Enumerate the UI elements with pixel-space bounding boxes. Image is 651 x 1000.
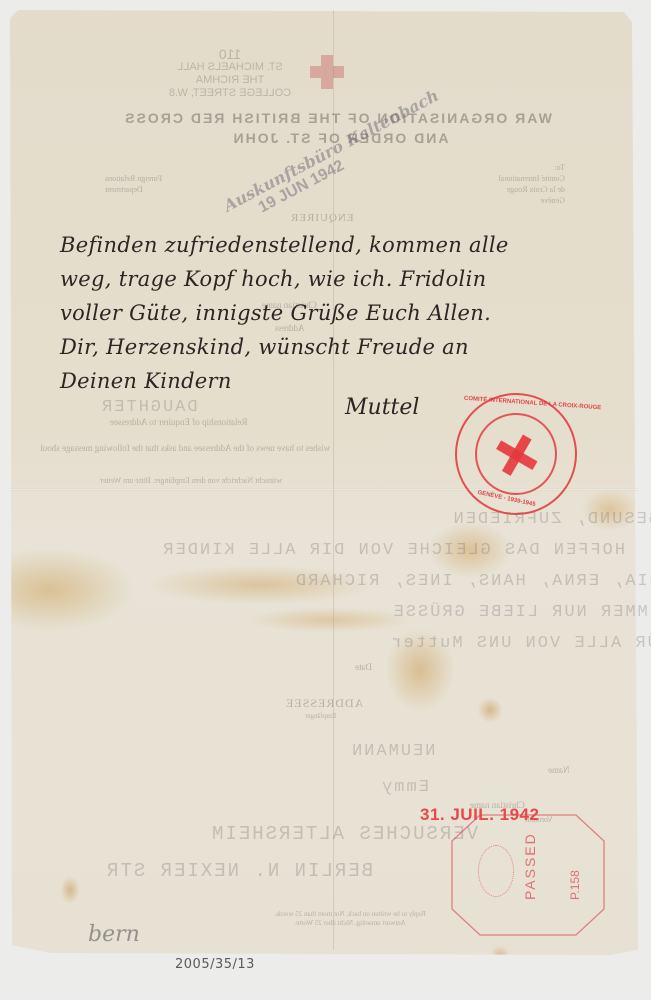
handwritten-line: voller Güte, innigste Grüße Euch Allen.	[60, 296, 620, 330]
bleed-address-line: 110	[150, 48, 310, 61]
bleed-instructions-en: wishes to have news of the Addressee and…	[40, 443, 330, 453]
bleed-typed-line: IMMER NUR LIEBE GRÜSSE	[160, 603, 651, 622]
red-cross-logo-bleed	[310, 55, 344, 89]
handwritten-line: Deinen Kindern	[60, 364, 620, 398]
bleed-address-line: COLLEGE STREET, W.8	[150, 87, 310, 100]
handwritten-line: weg, trage Kopf hoch, wie ich. Fridolin	[60, 262, 620, 296]
bleed-address-line: THE RICHMA	[150, 74, 310, 87]
bleed-typed-line: ALLE GESUND, ZUFRIEDEN	[220, 510, 651, 529]
censor-number: P.158	[568, 870, 582, 900]
bleed-addressee-christian-name: Emmy	[380, 778, 429, 797]
bleed-header-title-line1: WAR ORGANISATION OF THE BRITISH RED CROS…	[100, 110, 575, 126]
pencil-annotation: bern	[88, 922, 140, 947]
bleed-relationship-line: Relationship of Enquirer to Addressee	[110, 417, 340, 427]
bleed-foreign-relations-line: Foreign Relations	[105, 173, 205, 184]
bleed-addressee-sub: Empfänger	[305, 712, 336, 720]
bleed-foreign-relations-line: Department	[105, 184, 205, 195]
bleed-field-name: Name	[548, 765, 570, 775]
bleed-foreign-relations: Foreign Relations Department	[105, 173, 205, 195]
bleed-instructions-de: wünscht Nachricht von dem Empfänger. Bit…	[100, 476, 340, 485]
censor-stamp-emblem	[478, 845, 514, 897]
bleed-to-line: de la Croix Rouge	[465, 184, 565, 195]
bleed-address-line-1: VERSUCHES ALTERSHEIM	[210, 823, 478, 845]
signature: Muttel	[345, 395, 419, 420]
bleed-to-line: Genève	[465, 195, 565, 206]
red-cross-icon	[499, 437, 535, 473]
bleed-typed-message: ALLE GESUND, ZUFRIEDEN HOFFEN DAS GLEICH…	[70, 510, 570, 653]
bleed-enquirer-label: ENQUIRER	[290, 212, 354, 224]
bleed-date-label: Date	[355, 662, 372, 672]
bleed-to-line: Comité International	[465, 173, 565, 184]
handwritten-line: Dir, Herzenskind, wünscht Freude an	[60, 330, 620, 364]
bleed-to-line: To:	[465, 162, 565, 173]
icrc-stamp-inner-ring	[467, 405, 564, 502]
handwritten-line: Befinden zufriedenstellend, kommen alle	[60, 228, 620, 262]
archive-number: 2005/35/13	[175, 957, 255, 972]
bleed-typed-line: HOFFEN DAS GLEICHE VON DIR ALLE KINDER	[125, 541, 625, 560]
bleed-typed-relationship: DAUGHTER	[100, 398, 198, 417]
bleed-addressee-label: ADDRESSEE	[285, 696, 363, 711]
censor-number-text: P.158	[568, 870, 582, 900]
bleed-address-block: 110 ST. MICHAELS HALL THE RICHMA COLLEGE…	[150, 48, 310, 100]
bleed-address-line-2: BERLIN N. NEXIER STR	[105, 860, 373, 882]
censor-passed-label: PASSED	[522, 832, 538, 900]
bleed-address-line: ST. MICHAELS HALL	[150, 61, 310, 74]
censor-passed-text: PASSED	[522, 832, 538, 900]
handwritten-message: Befinden zufriedenstellend, kommen alle …	[60, 228, 620, 398]
bleed-typed-line: MIA, ERNA, HANS, INES, RICHARD	[160, 572, 651, 591]
bleed-addressee-name: NEUMANN	[350, 742, 435, 761]
bleed-typed-line: FÜR ALLE VON UNS Mutter	[170, 634, 651, 653]
bleed-to-block: To: Comité International de la Croix Rou…	[465, 162, 565, 206]
